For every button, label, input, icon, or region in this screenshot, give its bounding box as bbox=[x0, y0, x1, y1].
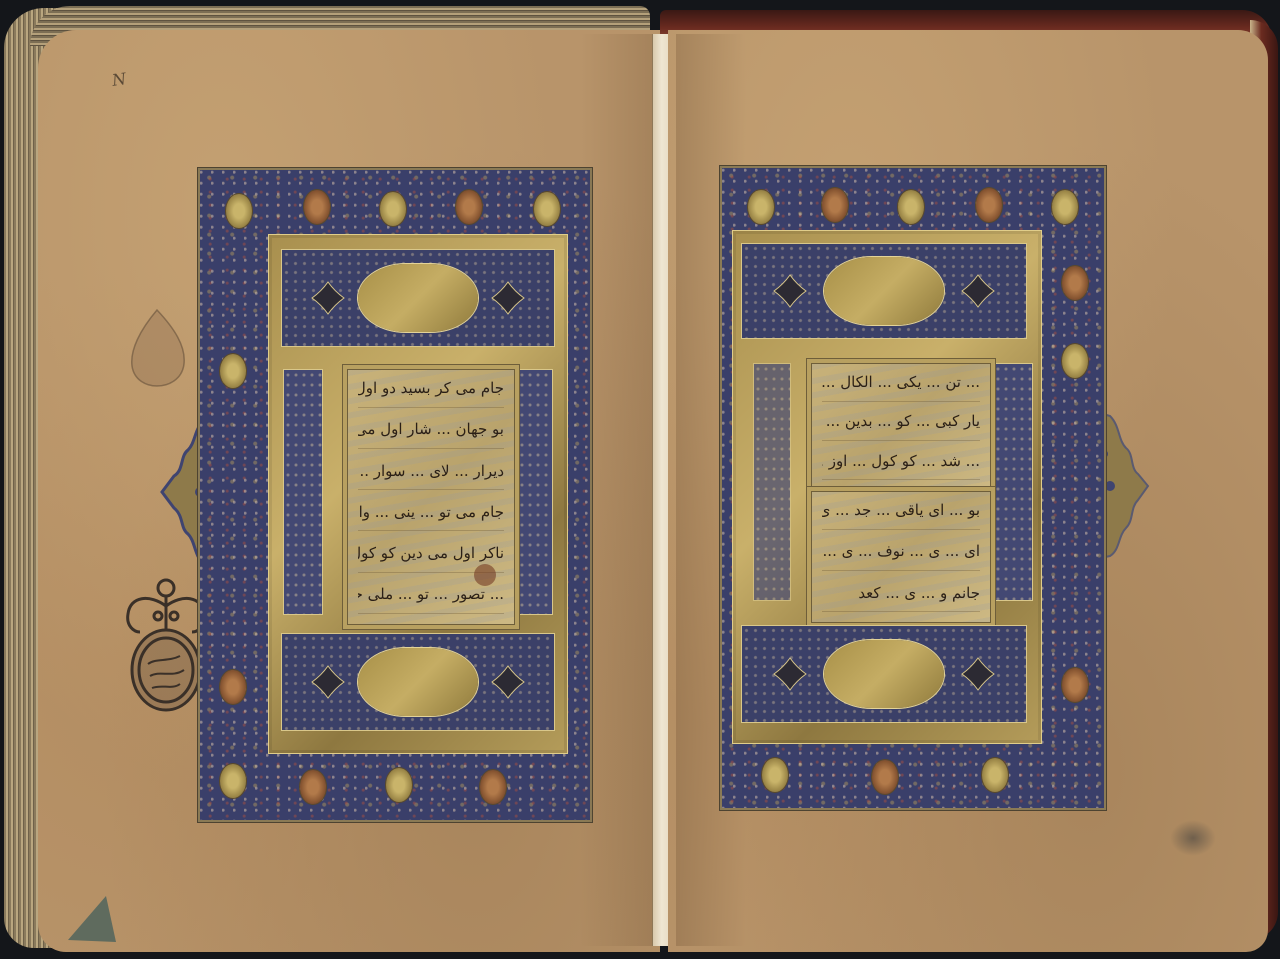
verse-line: جام می تو ... ینی ... وار دین قیل ... bbox=[358, 504, 504, 532]
cloud-collar-cartouche bbox=[358, 264, 478, 332]
gutter-shadow bbox=[580, 34, 652, 946]
verse-line: جام می کر بسید دو اول لیم جون قتیاج ... bbox=[358, 380, 504, 408]
folio-number: N bbox=[111, 69, 128, 90]
quatrefoil-icon bbox=[773, 657, 807, 691]
text-block-right-upper: ... تن ... یکی ... الکال ... الحمد یار ک… bbox=[812, 364, 990, 490]
side-panel-left bbox=[284, 370, 322, 614]
quatrefoil-icon bbox=[773, 274, 807, 308]
verse-line: بو ... ای یاقی ... جد ... ی کب ... bbox=[822, 502, 980, 530]
quatrefoil-icon bbox=[961, 274, 995, 308]
verse-line: ... شد ... کو کول ... اوز ... کمنم bbox=[822, 453, 980, 481]
side-panel-left bbox=[754, 364, 790, 600]
border-medallion bbox=[1062, 344, 1088, 378]
verse-line: دیرار ... لای ... سوار ... ملی ... بی bbox=[358, 463, 504, 491]
corner-repair-patch bbox=[66, 894, 118, 944]
border-medallion bbox=[762, 758, 788, 792]
quatrefoil-icon bbox=[491, 281, 525, 315]
verse-line: ... تن ... یکی ... الکال ... الحمد bbox=[822, 374, 980, 402]
border-medallion bbox=[480, 770, 506, 804]
verse-line: ای ... ی ... نوف ... ی ... bbox=[822, 543, 980, 571]
bottom-cartouche bbox=[282, 634, 554, 730]
border-medallion bbox=[976, 188, 1002, 222]
border-medallion bbox=[386, 768, 412, 802]
cloud-collar-cartouche bbox=[824, 640, 944, 708]
cloud-collar-cartouche bbox=[358, 648, 478, 716]
border-medallion bbox=[220, 764, 246, 798]
top-cartouche bbox=[742, 244, 1026, 338]
verse-line: ... تصور ... تو ... ملی حمول ... عامه bbox=[358, 586, 504, 614]
border-medallion bbox=[1062, 668, 1088, 702]
gold-inner-frame: جام می کر بسید دو اول لیم جون قتیاج ... … bbox=[268, 234, 568, 754]
border-medallion bbox=[304, 190, 330, 224]
manuscript-photo: N bbox=[0, 0, 1280, 959]
border-medallion bbox=[822, 188, 848, 222]
gold-inner-frame: ... تن ... یکی ... الکال ... الحمد یار ک… bbox=[732, 230, 1042, 744]
ink-stain bbox=[474, 564, 496, 586]
owner-seal-icon bbox=[120, 566, 212, 716]
water-stain bbox=[1170, 820, 1216, 856]
border-medallion bbox=[380, 192, 406, 226]
bottom-cartouche bbox=[742, 626, 1026, 722]
border-medallion bbox=[1062, 266, 1088, 300]
cloud-collar-cartouche bbox=[824, 257, 944, 325]
border-medallion bbox=[456, 190, 482, 224]
border-medallion bbox=[982, 758, 1008, 792]
verse-line: جانم و ... ی ... کعد bbox=[822, 585, 980, 613]
faint-seal-icon bbox=[126, 306, 188, 388]
side-panel-right bbox=[994, 364, 1032, 600]
border-medallion bbox=[300, 770, 326, 804]
border-medallion bbox=[748, 190, 774, 224]
border-medallion bbox=[220, 354, 246, 388]
text-block-left: جام می کر بسید دو اول لیم جون قتیاج ... … bbox=[348, 370, 514, 624]
border-medallion bbox=[534, 192, 560, 226]
illuminated-border-left: جام می کر بسید دو اول لیم جون قتیاج ... … bbox=[200, 170, 590, 820]
border-medallion bbox=[226, 194, 252, 228]
text-block-right-lower: بو ... ای یاقی ... جد ... ی کب ... ای ..… bbox=[812, 492, 990, 622]
top-cartouche bbox=[282, 250, 554, 346]
border-medallion bbox=[220, 670, 246, 704]
quatrefoil-icon bbox=[491, 665, 525, 699]
verse-line: بو جهان ... شار اول می جون ... جان جن bbox=[358, 421, 504, 449]
quatrefoil-icon bbox=[961, 657, 995, 691]
verse-line: یار کبی ... کو ... بدین ... صلا bbox=[822, 413, 980, 441]
border-medallion bbox=[898, 190, 924, 224]
border-medallion bbox=[872, 760, 898, 794]
border-medallion bbox=[1052, 190, 1078, 224]
illuminated-border-right: ... تن ... یکی ... الکال ... الحمد یار ک… bbox=[722, 168, 1104, 808]
quatrefoil-icon bbox=[311, 281, 345, 315]
side-panel-right bbox=[518, 370, 552, 614]
quatrefoil-icon bbox=[311, 665, 345, 699]
